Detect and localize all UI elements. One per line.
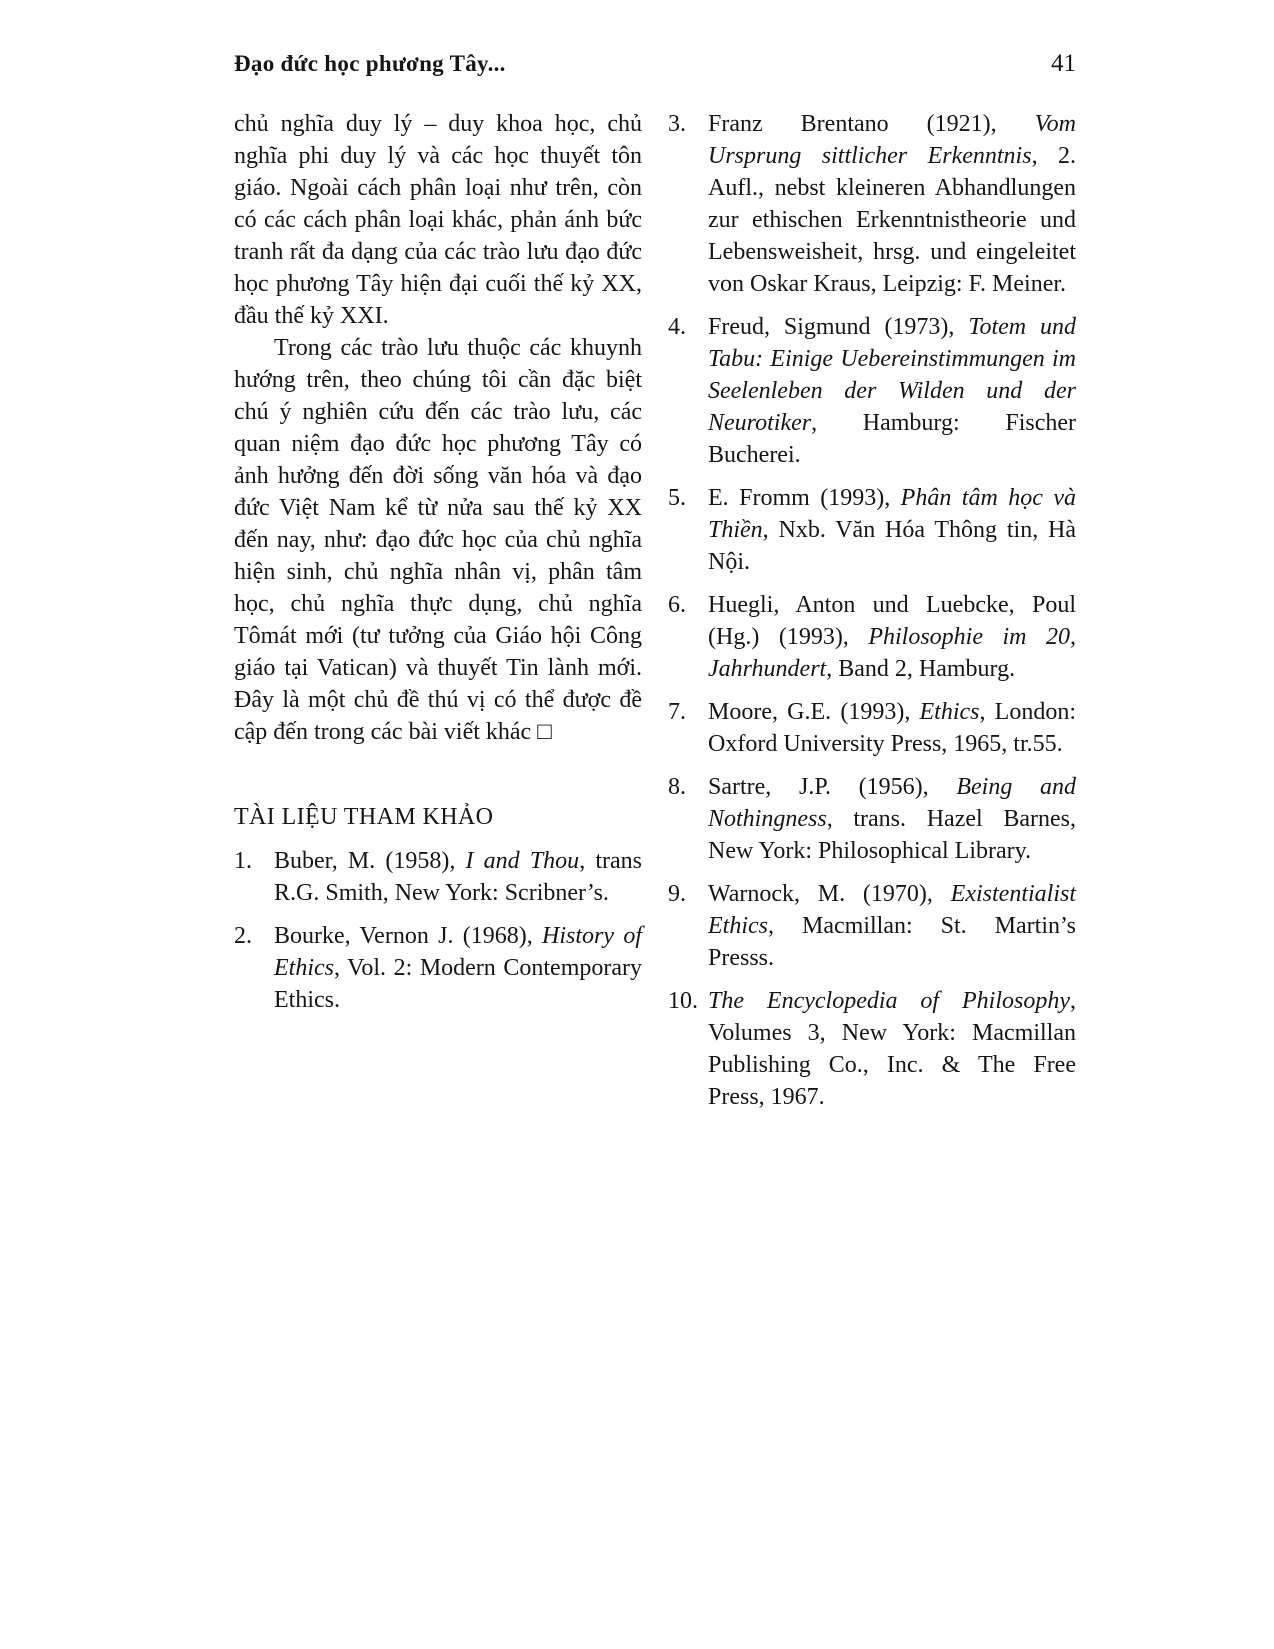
reference-item: 4.Freud, Sigmund (1973), Totem und Tabu:…	[668, 311, 1076, 471]
reference-text: Buber, M. (1958), I and Thou, trans R.G.…	[274, 845, 642, 909]
references-heading: TÀI LIỆU THAM KHẢO	[234, 804, 642, 831]
article-paragraph: Trong các trào lưu thuộc các khuynh hướn…	[234, 332, 642, 748]
reference-item: 5.E. Fromm (1993), Phân tâm học và Thiền…	[668, 482, 1076, 578]
reference-text: Huegli, Anton und Luebcke, Poul (Hg.) (1…	[708, 589, 1076, 685]
reference-item: 7.Moore, G.E. (1993), Ethics, London: Ox…	[668, 696, 1076, 760]
reference-number: 3.	[668, 108, 708, 300]
reference-number: 1.	[234, 845, 274, 909]
document-page: Đạo đức học phương Tây... 41 chủ nghĩa d…	[0, 0, 1274, 1649]
reference-title-italic: Ethics	[920, 699, 980, 725]
article-paragraph: chủ nghĩa duy lý – duy khoa học, chủ ngh…	[234, 108, 642, 332]
reference-text: Bourke, Vernon J. (1968), History of Eth…	[274, 920, 642, 1016]
reference-item: 6.Huegli, Anton und Luebcke, Poul (Hg.) …	[668, 589, 1076, 685]
reference-number: 7.	[668, 696, 708, 760]
reference-text: Freud, Sigmund (1973), Totem und Tabu: E…	[708, 311, 1076, 471]
page-number: 41	[1051, 50, 1076, 78]
reference-item: 2.Bourke, Vernon J. (1968), History of E…	[234, 920, 642, 1016]
reference-text-segment: Moore, G.E. (1993),	[708, 699, 920, 725]
reference-number: 2.	[234, 920, 274, 1016]
reference-text-segment: Bourke, Vernon J. (1968),	[274, 923, 542, 949]
reference-title-italic: I and Thou	[466, 848, 580, 874]
left-column: chủ nghĩa duy lý – duy khoa học, chủ ngh…	[234, 108, 642, 1124]
reference-number: 10.	[668, 985, 708, 1113]
reference-text-segment: Sartre, J.P. (1956),	[708, 774, 956, 800]
reference-number: 6.	[668, 589, 708, 685]
reference-text: Franz Brentano (1921), Vom Ursprung sitt…	[708, 108, 1076, 300]
references-list-right: 3.Franz Brentano (1921), Vom Ursprung si…	[668, 108, 1076, 1113]
page-header: Đạo đức học phương Tây... 41	[234, 50, 1076, 78]
right-column: 3.Franz Brentano (1921), Vom Ursprung si…	[668, 108, 1076, 1124]
reference-number: 8.	[668, 771, 708, 867]
reference-text-segment: Buber, M. (1958),	[274, 848, 466, 874]
reference-text-segment: Freud, Sigmund (1973),	[708, 314, 968, 340]
reference-text: Warnock, M. (1970), Existentialist Ethic…	[708, 878, 1076, 974]
reference-number: 9.	[668, 878, 708, 974]
reference-item: 9.Warnock, M. (1970), Existentialist Eth…	[668, 878, 1076, 974]
reference-item: 10.The Encyclopedia of Philosophy, Volum…	[668, 985, 1076, 1113]
reference-text-segment: Franz Brentano (1921),	[708, 111, 1035, 137]
reference-text-segment: Warnock, M. (1970),	[708, 881, 951, 907]
reference-number: 5.	[668, 482, 708, 578]
reference-text: Sartre, J.P. (1956), Being and Nothingne…	[708, 771, 1076, 867]
reference-number: 4.	[668, 311, 708, 471]
reference-text-segment: , Band 2, Hamburg.	[826, 656, 1015, 682]
references-list-left: 1.Buber, M. (1958), I and Thou, trans R.…	[234, 845, 642, 1016]
reference-text: Moore, G.E. (1993), Ethics, London: Oxfo…	[708, 696, 1076, 760]
reference-title-italic: The Encyclopedia of Philosophy	[708, 988, 1070, 1014]
reference-text-segment: E. Fromm (1993),	[708, 485, 901, 511]
article-body: chủ nghĩa duy lý – duy khoa học, chủ ngh…	[234, 108, 642, 748]
reference-text-segment: , Nxb. Văn Hóa Thông tin, Hà Nội.	[708, 517, 1076, 575]
reference-item: 8.Sartre, J.P. (1956), Being and Nothing…	[668, 771, 1076, 867]
running-title: Đạo đức học phương Tây...	[234, 51, 506, 77]
reference-text: The Encyclopedia of Philosophy, Volumes …	[708, 985, 1076, 1113]
reference-text: E. Fromm (1993), Phân tâm học và Thiền, …	[708, 482, 1076, 578]
reference-item: 1.Buber, M. (1958), I and Thou, trans R.…	[234, 845, 642, 909]
two-column-layout: chủ nghĩa duy lý – duy khoa học, chủ ngh…	[234, 108, 1076, 1124]
reference-item: 3.Franz Brentano (1921), Vom Ursprung si…	[668, 108, 1076, 300]
